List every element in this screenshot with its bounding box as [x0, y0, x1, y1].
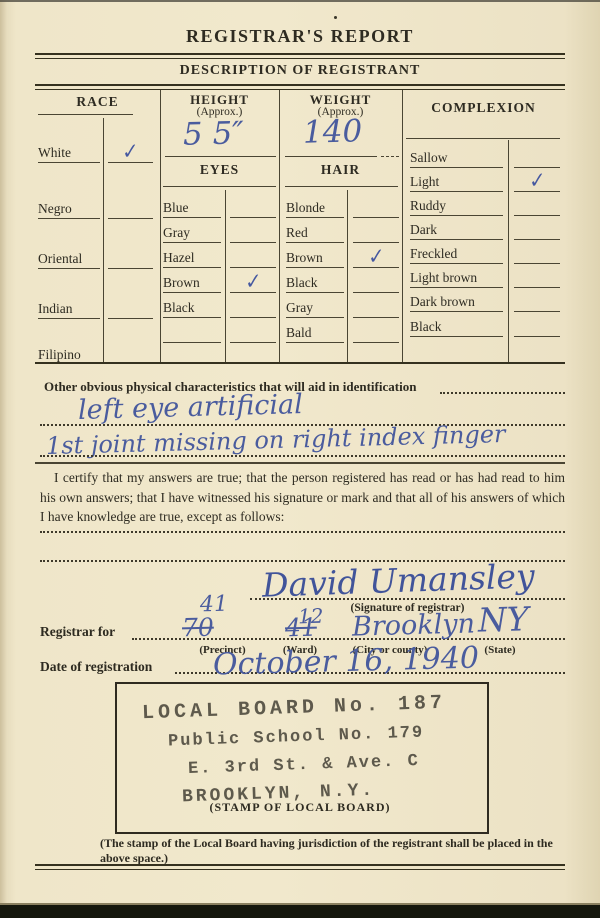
state-caption: (State) [470, 644, 530, 656]
race-white-checkmark: ✓ [122, 142, 139, 159]
race-row-indian: Indian [38, 301, 153, 319]
eyes-row-hazel: Hazel [163, 250, 276, 268]
complexion-row-sallow: Sallow [410, 150, 560, 168]
hair-label: Red [286, 224, 344, 243]
eyes-check-cell [230, 324, 276, 343]
weight-value-underline [285, 156, 377, 157]
hair-header: HAIR [279, 162, 402, 178]
hair-row-gray: Gray [286, 300, 399, 318]
complexion-row-light-brown: Light brown [410, 270, 560, 288]
height-value-handwriting: 5 5″ [183, 115, 245, 153]
stamp-note: (The stamp of the Local Board having jur… [100, 836, 555, 866]
complexion-label: Dark [410, 221, 503, 240]
eyes-label: Blue [163, 199, 221, 218]
characteristics-trailing-dots [440, 392, 565, 394]
section-title: DESCRIPTION OF REGISTRANT [0, 63, 600, 79]
eyes-brown-checkmark: ✓ [244, 272, 261, 289]
eyes-label [163, 324, 221, 343]
hair-label: Gray [286, 299, 344, 318]
complexion-check-cell [514, 221, 560, 240]
hair-header-underline [285, 186, 398, 187]
complexion-label: Sallow [410, 149, 503, 168]
hair-check-cell [353, 299, 399, 318]
hair-row-blonde: Blonde [286, 200, 399, 218]
table-divider [160, 90, 161, 362]
complexion-row-freckled: Freckled [410, 246, 560, 264]
page-title: REGISTRAR'S REPORT [0, 26, 600, 47]
complexion-label: Black [410, 318, 503, 337]
eyes-check-cell [230, 224, 276, 243]
table-divider [402, 90, 403, 362]
scan-top-edge [0, 0, 600, 2]
bottom-rule [35, 864, 565, 870]
complexion-label: Freckled [410, 245, 503, 264]
hair-label: Bald [286, 324, 344, 343]
eyes-label: Gray [163, 224, 221, 243]
complexion-row-black: Black [410, 319, 560, 337]
complexion-light-checkmark: ✓ [528, 171, 545, 188]
weight-underline-dashes [381, 156, 399, 157]
eyes-check-cell [230, 199, 276, 218]
section-heavy-rule [35, 84, 565, 90]
precinct-original-handwriting: 70 [182, 613, 215, 643]
race-label: Indian [38, 300, 100, 319]
eyes-check-cell [230, 249, 276, 268]
hair-brown-checkmark: ✓ [367, 247, 384, 264]
race-check-cell [108, 250, 153, 269]
title-double-rule [35, 53, 565, 59]
complexion-row-light: Light ✓ [410, 174, 560, 192]
hair-check-cell [353, 324, 399, 343]
hair-check-cell [353, 199, 399, 218]
race-row-white: White ✓ [38, 145, 153, 163]
state-handwriting: NY [477, 599, 529, 639]
complexion-row-dark-brown: Dark brown [410, 294, 560, 312]
weight-value-handwriting: 140 [303, 113, 363, 151]
scan-bottom-edge [0, 905, 600, 918]
hair-row-bald: Bald [286, 325, 399, 343]
complexion-label: Light brown [410, 269, 503, 288]
race-label: Filipino [38, 346, 100, 364]
eyes-label: Brown [163, 274, 221, 293]
characteristics-handwriting-1: left eye artificial [78, 389, 304, 426]
hair-check-cell [353, 224, 399, 243]
race-check-cell [108, 200, 153, 219]
race-header: RACE [35, 94, 160, 110]
hair-label: Brown [286, 249, 344, 268]
eyes-row-black: Black [163, 300, 276, 318]
race-row-negro: Negro [38, 201, 153, 219]
date-handwriting: October 16, 1940 [213, 641, 480, 683]
eyes-header: EYES [160, 162, 279, 178]
eyes-label: Hazel [163, 249, 221, 268]
stamp-caption: (STAMP OF LOCAL BOARD) [115, 800, 485, 815]
hair-check-cell [353, 274, 399, 293]
hair-row-red: Red [286, 225, 399, 243]
characteristics-bottom-rule [35, 462, 565, 464]
complexion-row-ruddy: Ruddy [410, 198, 560, 216]
certification-text: I certify that my answers are true; that… [40, 468, 565, 527]
registrar-report-card: REGISTRAR'S REPORT DESCRIPTION OF REGIST… [0, 0, 600, 918]
hair-check-cell: ✓ [353, 249, 399, 268]
complexion-header-underline [406, 138, 560, 139]
eyes-row-brown: Brown ✓ [163, 275, 276, 293]
race-header-underline [38, 114, 133, 115]
eyes-label: Black [163, 299, 221, 318]
eyes-row-blank [163, 325, 276, 343]
eyes-check-cell: ✓ [230, 274, 276, 293]
race-check-cell [108, 346, 153, 364]
complexion-check-cell [514, 245, 560, 264]
complexion-label: Ruddy [410, 197, 503, 216]
city-handwriting: Brooklyn [352, 608, 476, 642]
table-divider [279, 90, 280, 362]
height-value-underline [165, 156, 276, 157]
race-row-oriental: Oriental [38, 251, 153, 269]
date-of-registration-label: Date of registration [40, 659, 152, 675]
exceptions-dotted-line-1 [40, 531, 565, 533]
hair-label: Blonde [286, 199, 344, 218]
race-check-cell [108, 300, 153, 319]
characteristics-dotted-line-2 [40, 455, 565, 457]
complexion-header: COMPLEXION [402, 100, 565, 116]
eyes-row-gray: Gray [163, 225, 276, 243]
complexion-check-cell [514, 197, 560, 216]
race-row-filipino: Filipino [38, 346, 153, 364]
complexion-label: Dark brown [410, 293, 503, 312]
race-label: White [38, 144, 100, 163]
race-check-cell: ✓ [108, 144, 153, 163]
hair-row-brown: Brown ✓ [286, 250, 399, 268]
ward-original-handwriting: 41 [285, 613, 318, 643]
registrar-for-label: Registrar for [40, 624, 115, 640]
eyes-row-blue: Blue [163, 200, 276, 218]
race-label: Oriental [38, 250, 100, 269]
hair-row-black: Black [286, 275, 399, 293]
race-label: Negro [38, 200, 100, 219]
ink-speck [334, 16, 337, 19]
complexion-check-cell: ✓ [514, 173, 560, 192]
complexion-row-dark: Dark [410, 222, 560, 240]
complexion-check-cell [514, 293, 560, 312]
hair-label: Black [286, 274, 344, 293]
eyes-header-underline [163, 186, 276, 187]
complexion-label: Light [410, 173, 503, 192]
eyes-check-cell [230, 299, 276, 318]
complexion-check-cell [514, 269, 560, 288]
complexion-check-cell [514, 318, 560, 337]
complexion-check-cell [514, 149, 560, 168]
